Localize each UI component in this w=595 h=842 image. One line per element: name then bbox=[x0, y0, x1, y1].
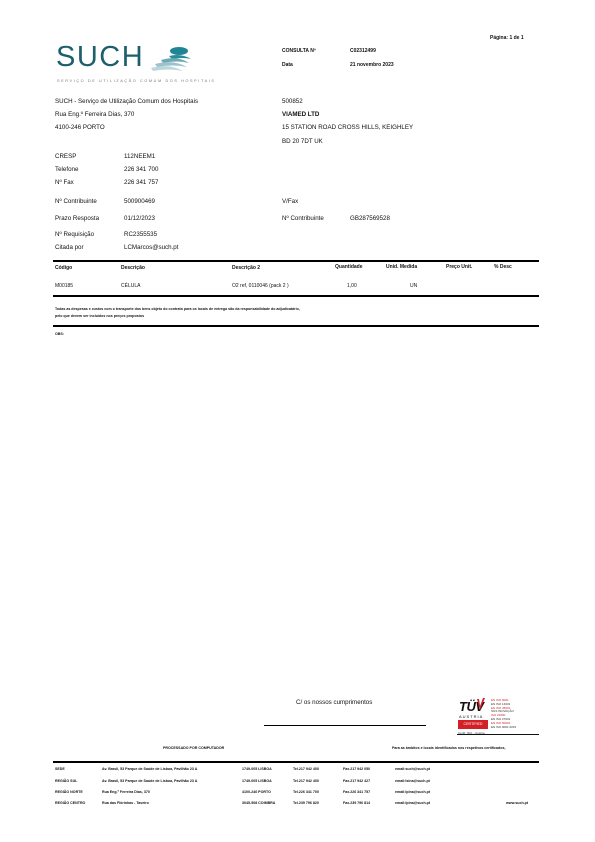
checkmark-icon bbox=[477, 698, 485, 712]
tuv-certification-badge: TÜV AUSTRIA CERTIFIED Certif. ISO... Aus… bbox=[457, 697, 539, 737]
office-address: Rua das Flôrinhas - Taveiro bbox=[102, 801, 149, 805]
col-preco: Preço Unit. bbox=[446, 264, 472, 270]
logo-tagline: SERVIÇO DE UTILIZAÇÃO COMUM DOS HOSPITAI… bbox=[57, 79, 216, 83]
notes-rule bbox=[53, 325, 539, 327]
tuv-standards-list: EN ISO 9001 EN ISO 14001 EN ISO 45001 SG… bbox=[491, 699, 539, 729]
table-bottom-rule bbox=[53, 295, 539, 297]
website-link[interactable]: www.such.pt bbox=[506, 801, 528, 805]
office-email[interactable]: email:such@such.pt bbox=[395, 767, 430, 771]
prazo-value: 01/12/2023 bbox=[124, 215, 155, 222]
sender-address1: Rua Eng.º Ferreira Dias, 370 bbox=[55, 111, 134, 118]
supplier-contribuinte-label: Nº Contribuinte bbox=[282, 215, 324, 222]
col-desc: % Desc bbox=[494, 264, 512, 270]
fax-label: Nº Fax bbox=[55, 179, 74, 186]
office-name: SEDE bbox=[55, 767, 65, 771]
office-postal: 1749-005 LISBOA bbox=[242, 767, 272, 771]
cresp-value: 112NEEM1 bbox=[124, 153, 155, 160]
signature-line bbox=[264, 725, 426, 726]
office-email[interactable]: email:lpina@such.pt bbox=[395, 801, 430, 805]
office-address: Av. Brasil, 53 Parque de Saúde de Lisboa… bbox=[102, 767, 197, 771]
closing-text: C/ os nossos cumprimentos bbox=[296, 699, 372, 706]
page-number: Página: 1 de 1 bbox=[490, 35, 524, 41]
office-fax: Fax.217 942 427 bbox=[343, 779, 370, 783]
tuv-rule bbox=[457, 734, 539, 735]
office-tel: Tel.217 942 400 bbox=[293, 767, 319, 771]
office-email[interactable]: email:lpina@such.pt bbox=[395, 790, 430, 794]
office-email[interactable]: email:lsina@such.pt bbox=[395, 779, 430, 783]
telefone-label: Telefone bbox=[55, 166, 78, 173]
sender-name: SUCH - Serviço de Utilização Comum dos H… bbox=[55, 98, 198, 105]
col-quantidade: Quantidade bbox=[335, 264, 363, 270]
office-fax: Fax.239 796 814 bbox=[343, 801, 370, 805]
office-address: Rua Eng.º Ferreira Dias, 370 bbox=[102, 790, 150, 794]
office-name: REGIÃO NORTE bbox=[55, 790, 83, 794]
logo-wordmark: SUCH bbox=[56, 41, 144, 74]
supplier-code: 500852 bbox=[282, 98, 303, 105]
tuv-country: AUSTRIA bbox=[459, 714, 483, 719]
telefone-value: 226 341 700 bbox=[124, 166, 158, 173]
footer-rule bbox=[53, 761, 539, 763]
office-tel: Tel.217 942 400 bbox=[293, 779, 319, 783]
requisicao-value: RC2355535 bbox=[124, 231, 157, 238]
stacked-waves-icon bbox=[147, 44, 197, 74]
vfax-label: V/Fax bbox=[282, 198, 298, 205]
table-top-rule bbox=[53, 260, 539, 262]
col-codigo: Código bbox=[55, 265, 72, 271]
supplier-contribuinte-value: GB287569528 bbox=[350, 215, 390, 222]
col-unidade: Unid. Medida bbox=[386, 264, 417, 270]
office-address: Av. Brasil, 53 Parque de Saúde de Lisboa… bbox=[102, 779, 197, 783]
data-value: 21 novembro 2023 bbox=[350, 62, 394, 68]
requisicao-label: Nº Requisição bbox=[55, 231, 94, 238]
col-descricao2: Descrição 2 bbox=[232, 265, 260, 271]
consulta-value: C02312499 bbox=[350, 48, 376, 54]
cell-descricao2: O2 ref, 0110046 (pack 2 ) bbox=[232, 283, 289, 289]
cell-codigo: M00185 bbox=[55, 283, 73, 289]
office-postal: 1749-005 LISBOA bbox=[242, 779, 272, 783]
cresp-label: CRESP bbox=[55, 153, 76, 160]
office-postal: 3045-508 COIMBRA bbox=[242, 801, 275, 805]
office-fax: Fax.226 341 757 bbox=[343, 790, 370, 794]
col-descricao: Descrição bbox=[121, 265, 145, 271]
consulta-label: CONSULTA Nº bbox=[282, 48, 316, 54]
office-tel: Tel.226 341 700 bbox=[293, 790, 319, 794]
cell-unidade: UN bbox=[410, 283, 417, 289]
tuv-standard: EN ISO 9001:2015 bbox=[491, 726, 539, 730]
certification-scope-note: Para as âmbitos e locais identificados n… bbox=[392, 746, 505, 750]
office-postal: 4100-246 PORTO bbox=[242, 790, 271, 794]
citada-label: Citada por bbox=[55, 244, 84, 251]
tuv-certified-label: CERTIFIED bbox=[458, 720, 488, 729]
supplier-address2: BD 20 7DT UK bbox=[282, 138, 323, 145]
office-fax: Fax.217 942 050 bbox=[343, 767, 370, 771]
office-tel: Tel.239 796 820 bbox=[293, 801, 319, 805]
transport-note-line1: Todas as despesas e custos com o transpo… bbox=[55, 307, 300, 311]
supplier-address1: 15 STATION ROAD CROSS HILLS, KEIGHLEY bbox=[282, 124, 413, 131]
contribuinte-label: Nº Contribuinte bbox=[55, 198, 97, 205]
supplier-name: VIAMED LTD bbox=[282, 111, 319, 118]
obs-label: OBS: bbox=[55, 332, 64, 336]
citada-value: LCMarcos@such.pt bbox=[124, 244, 178, 251]
prazo-label: Prazo Resposta bbox=[55, 215, 99, 222]
cell-quantidade: 1,00 bbox=[347, 283, 357, 289]
data-label: Data bbox=[282, 62, 293, 68]
transport-note-line2: pelo que devem ser incluídos nos preços … bbox=[55, 314, 144, 318]
sender-address2: 4100-246 PORTO bbox=[55, 124, 105, 131]
office-name: REGIÃO CENTRO bbox=[55, 801, 85, 805]
cell-descricao: CÉLULA bbox=[121, 283, 140, 289]
office-name: REGIÃO SUL bbox=[55, 779, 77, 783]
processed-by-computer: PROCESSADO POR COMPUTADOR bbox=[163, 746, 224, 750]
fax-value: 226 341 757 bbox=[124, 179, 158, 186]
contribuinte-value: 500900469 bbox=[124, 198, 155, 205]
